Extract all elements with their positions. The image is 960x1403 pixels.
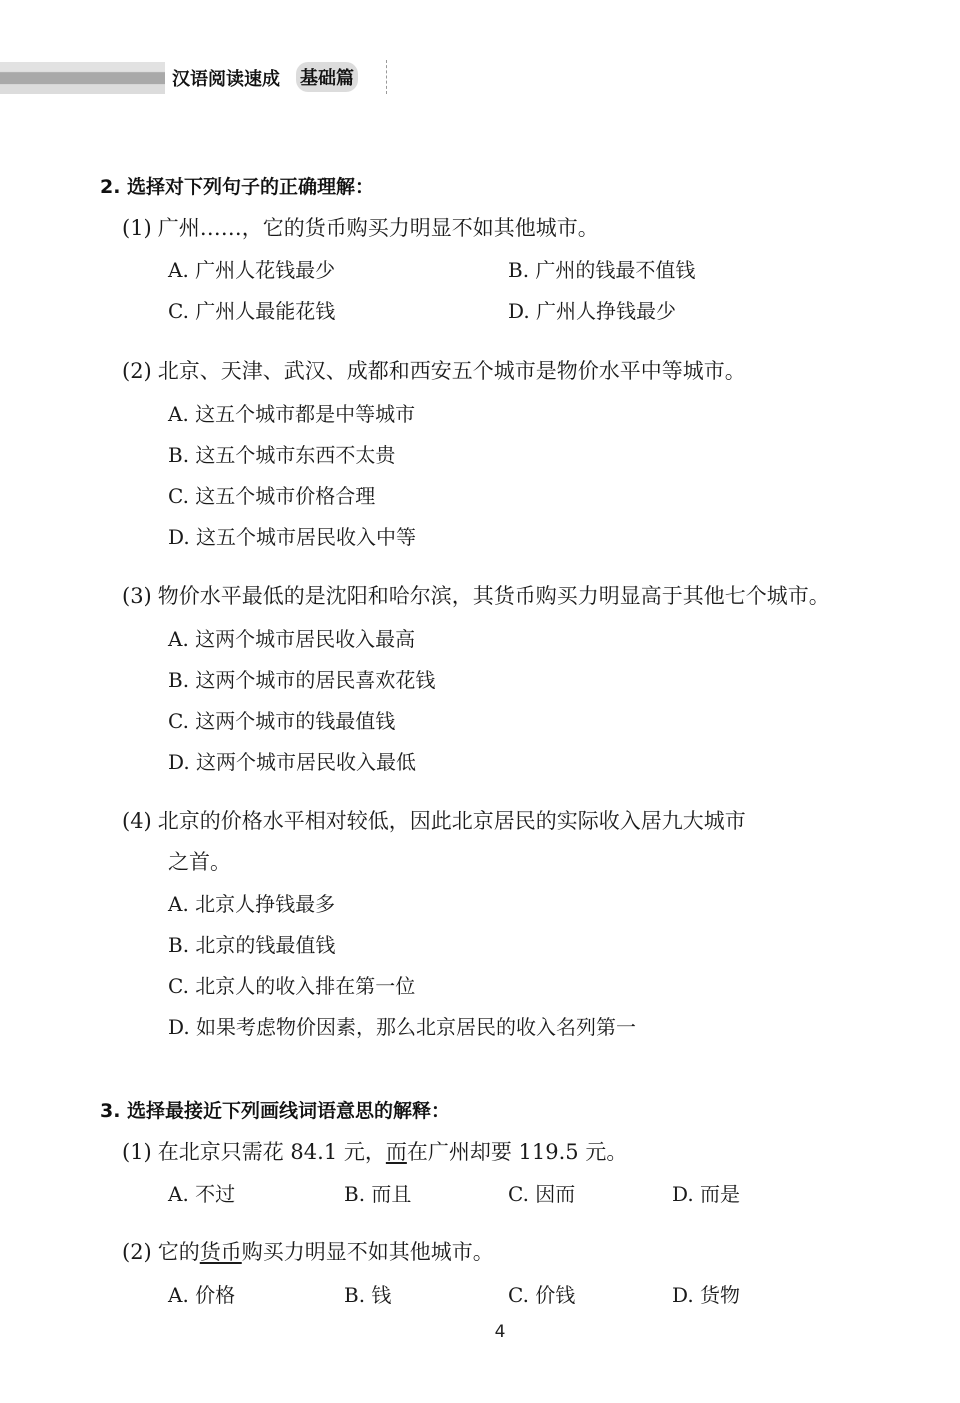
question-2-3: (3)物价水平最低的是沈阳和哈尔滨，其货币购买力明显高于其他七个城市。: [122, 576, 830, 616]
option-2-1-d[interactable]: D. 广州人挣钱最少: [508, 295, 676, 324]
option-2-3-d[interactable]: D. 这两个城市居民收入最低: [168, 746, 416, 775]
question-text: 广州……，它的货币购买力明显不如其他城市。: [158, 216, 599, 240]
option-2-4-a[interactable]: A. 北京人挣钱最多: [168, 888, 335, 917]
option-3-1-c[interactable]: C. 因而: [508, 1178, 575, 1207]
question-2-4-continuation: 之首。: [168, 842, 231, 882]
option-2-1-c[interactable]: C. 广州人最能花钱: [168, 295, 335, 324]
option-3-1-b[interactable]: B. 而且: [344, 1178, 411, 1207]
page-number: 4: [0, 1322, 960, 1342]
option-2-3-a[interactable]: A. 这两个城市居民收入最高: [168, 623, 415, 652]
option-3-1-d[interactable]: D. 而是: [672, 1178, 740, 1207]
option-2-4-d[interactable]: D. 如果考虑物价因素，那么北京居民的收入名列第一: [168, 1011, 636, 1040]
book-title: 汉语阅读速成: [172, 65, 280, 91]
question-number: (2): [122, 359, 152, 383]
header-flourish-decoration: [356, 60, 387, 94]
option-3-1-a[interactable]: A. 不过: [168, 1178, 235, 1207]
option-2-2-b[interactable]: B. 这五个城市东西不太贵: [168, 439, 395, 468]
question-text-before: 在北京只需花 84.1 元，: [158, 1140, 386, 1164]
option-2-2-c[interactable]: C. 这五个城市价格合理: [168, 480, 375, 509]
header-decorative-bar: [0, 62, 165, 94]
underlined-word: 货币: [200, 1240, 242, 1264]
question-number: (4): [122, 809, 152, 833]
option-2-4-b[interactable]: B. 北京的钱最值钱: [168, 929, 335, 958]
option-3-2-c[interactable]: C. 价钱: [508, 1279, 575, 1308]
option-3-2-d[interactable]: D. 货物: [672, 1279, 740, 1308]
option-2-1-a[interactable]: A. 广州人花钱最少: [168, 254, 335, 283]
question-3-1: (1)在北京只需花 84.1 元，而在广州却要 119.5 元。: [122, 1132, 627, 1172]
book-level-badge: 基础篇: [296, 62, 358, 92]
option-2-4-c[interactable]: C. 北京人的收入排在第一位: [168, 970, 415, 999]
option-2-2-d[interactable]: D. 这五个城市居民收入中等: [168, 521, 416, 550]
question-text: 物价水平最低的是沈阳和哈尔滨，其货币购买力明显高于其他七个城市。: [158, 584, 830, 608]
question-number: (2): [122, 1240, 152, 1264]
question-text-after: 在广州却要 119.5 元。: [407, 1140, 627, 1164]
section-3-title: 3. 选择最接近下列画线词语意思的解释：: [100, 1096, 450, 1123]
option-2-2-a[interactable]: A. 这五个城市都是中等城市: [168, 398, 415, 427]
option-3-2-a[interactable]: A. 价格: [168, 1279, 235, 1308]
question-number: (3): [122, 584, 152, 608]
section-2-title: 2. 选择对下列句子的正确理解：: [100, 172, 374, 199]
question-2-1: (1)广州……，它的货币购买力明显不如其他城市。: [122, 208, 599, 248]
question-text-line-1: 北京的价格水平相对较低，因此北京居民的实际收入居九大城市: [158, 809, 746, 833]
question-text-after: 购买力明显不如其他城市。: [242, 1240, 494, 1264]
underlined-word: 而: [386, 1140, 407, 1164]
option-2-3-b[interactable]: B. 这两个城市的居民喜欢花钱: [168, 664, 435, 693]
question-3-2: (2)它的货币购买力明显不如其他城市。: [122, 1232, 494, 1272]
option-3-2-b[interactable]: B. 钱: [344, 1279, 391, 1308]
option-2-1-b[interactable]: B. 广州的钱最不值钱: [508, 254, 695, 283]
question-2-4: (4)北京的价格水平相对较低，因此北京居民的实际收入居九大城市: [122, 801, 746, 841]
running-header: 汉语阅读速成 基础篇: [0, 60, 400, 96]
question-number: (1): [122, 216, 152, 240]
question-number: (1): [122, 1140, 152, 1164]
option-2-3-c[interactable]: C. 这两个城市的钱最值钱: [168, 705, 395, 734]
question-2-2: (2)北京、天津、武汉、成都和西安五个城市是物价水平中等城市。: [122, 351, 746, 391]
question-text: 北京、天津、武汉、成都和西安五个城市是物价水平中等城市。: [158, 359, 746, 383]
question-text-before: 它的: [158, 1240, 200, 1264]
